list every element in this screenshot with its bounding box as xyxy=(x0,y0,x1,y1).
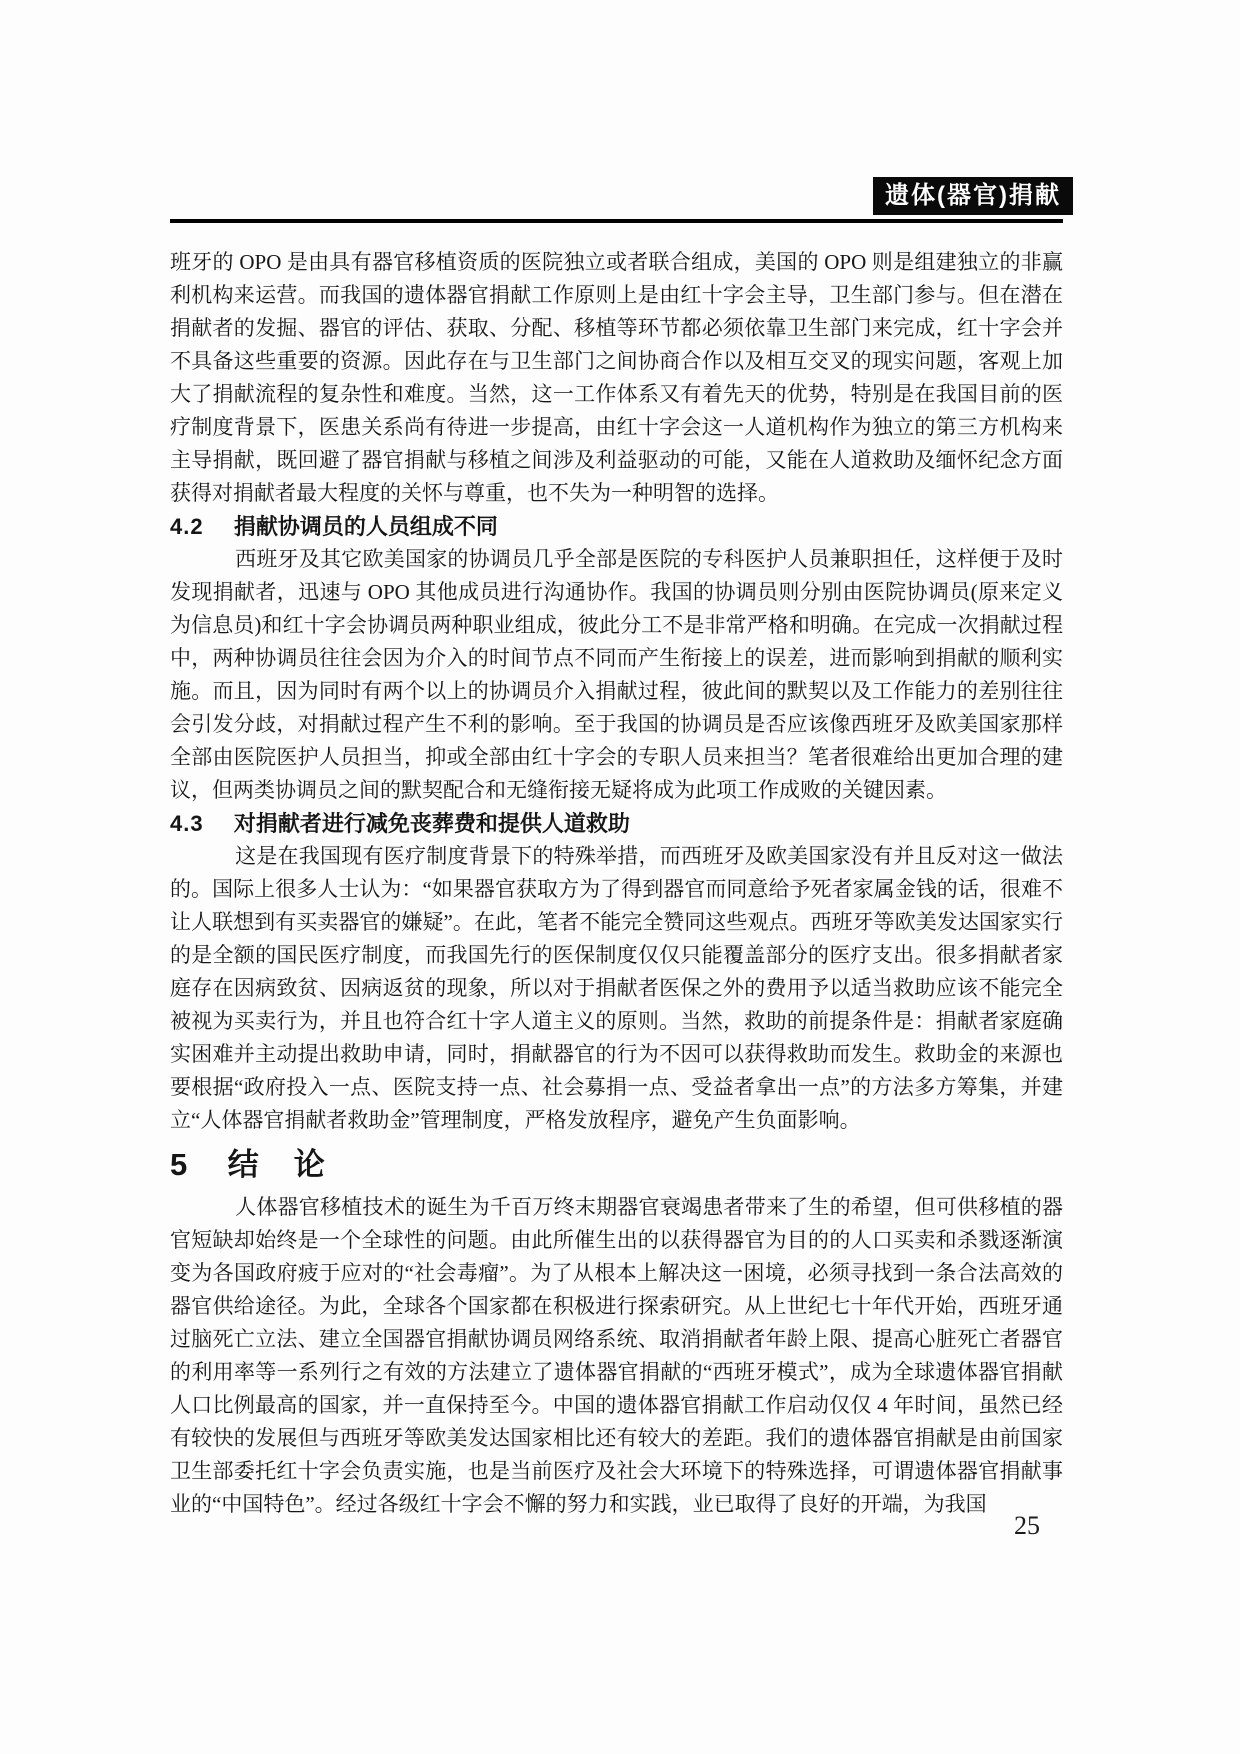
section-heading-5-conclusion: 5 结 论 xyxy=(170,1144,1063,1186)
header-rule xyxy=(170,219,1063,223)
body-text: 班牙的 OPO 是由具有器官移植资质的医院独立或者联合组成，美国的 OPO 则是… xyxy=(170,246,1063,1521)
section-title: 对捐献者进行减免丧葬费和提供人道救助 xyxy=(234,811,630,836)
section-title: 捐献协调员的人员组成不同 xyxy=(234,514,498,539)
document-page: 遗体(器官)捐献 班牙的 OPO 是由具有器官移植资质的医院独立或者联合组成，美… xyxy=(0,0,1240,1754)
section-title: 结 论 xyxy=(228,1147,327,1182)
section-number: 5 xyxy=(170,1147,189,1182)
section-number: 4.3 xyxy=(170,811,204,836)
paragraph-opo-operation: 班牙的 OPO 是由具有器官移植资质的医院独立或者联合组成，美国的 OPO 则是… xyxy=(170,246,1063,510)
section-heading-4-2: 4.2 捐献协调员的人员组成不同 xyxy=(170,510,1063,543)
section-number: 4.2 xyxy=(170,514,204,539)
section-heading-4-3: 4.3 对捐献者进行减免丧葬费和提供人道救助 xyxy=(170,807,1063,840)
paragraph-coordinators: 西班牙及其它欧美国家的协调员几乎全部是医院的专科医护人员兼职担任，这样便于及时发… xyxy=(170,543,1063,807)
running-head-tag: 遗体(器官)捐献 xyxy=(873,177,1073,215)
paragraph-funeral-aid: 这是在我国现有医疗制度背景下的特殊举措，而西班牙及欧美国家没有并且反对这一做法的… xyxy=(170,840,1063,1137)
page-number: 25 xyxy=(1014,1510,1040,1542)
paragraph-conclusion: 人体器官移植技术的诞生为千百万终末期器官衰竭患者带来了生的希望，但可供移植的器官… xyxy=(170,1191,1063,1521)
